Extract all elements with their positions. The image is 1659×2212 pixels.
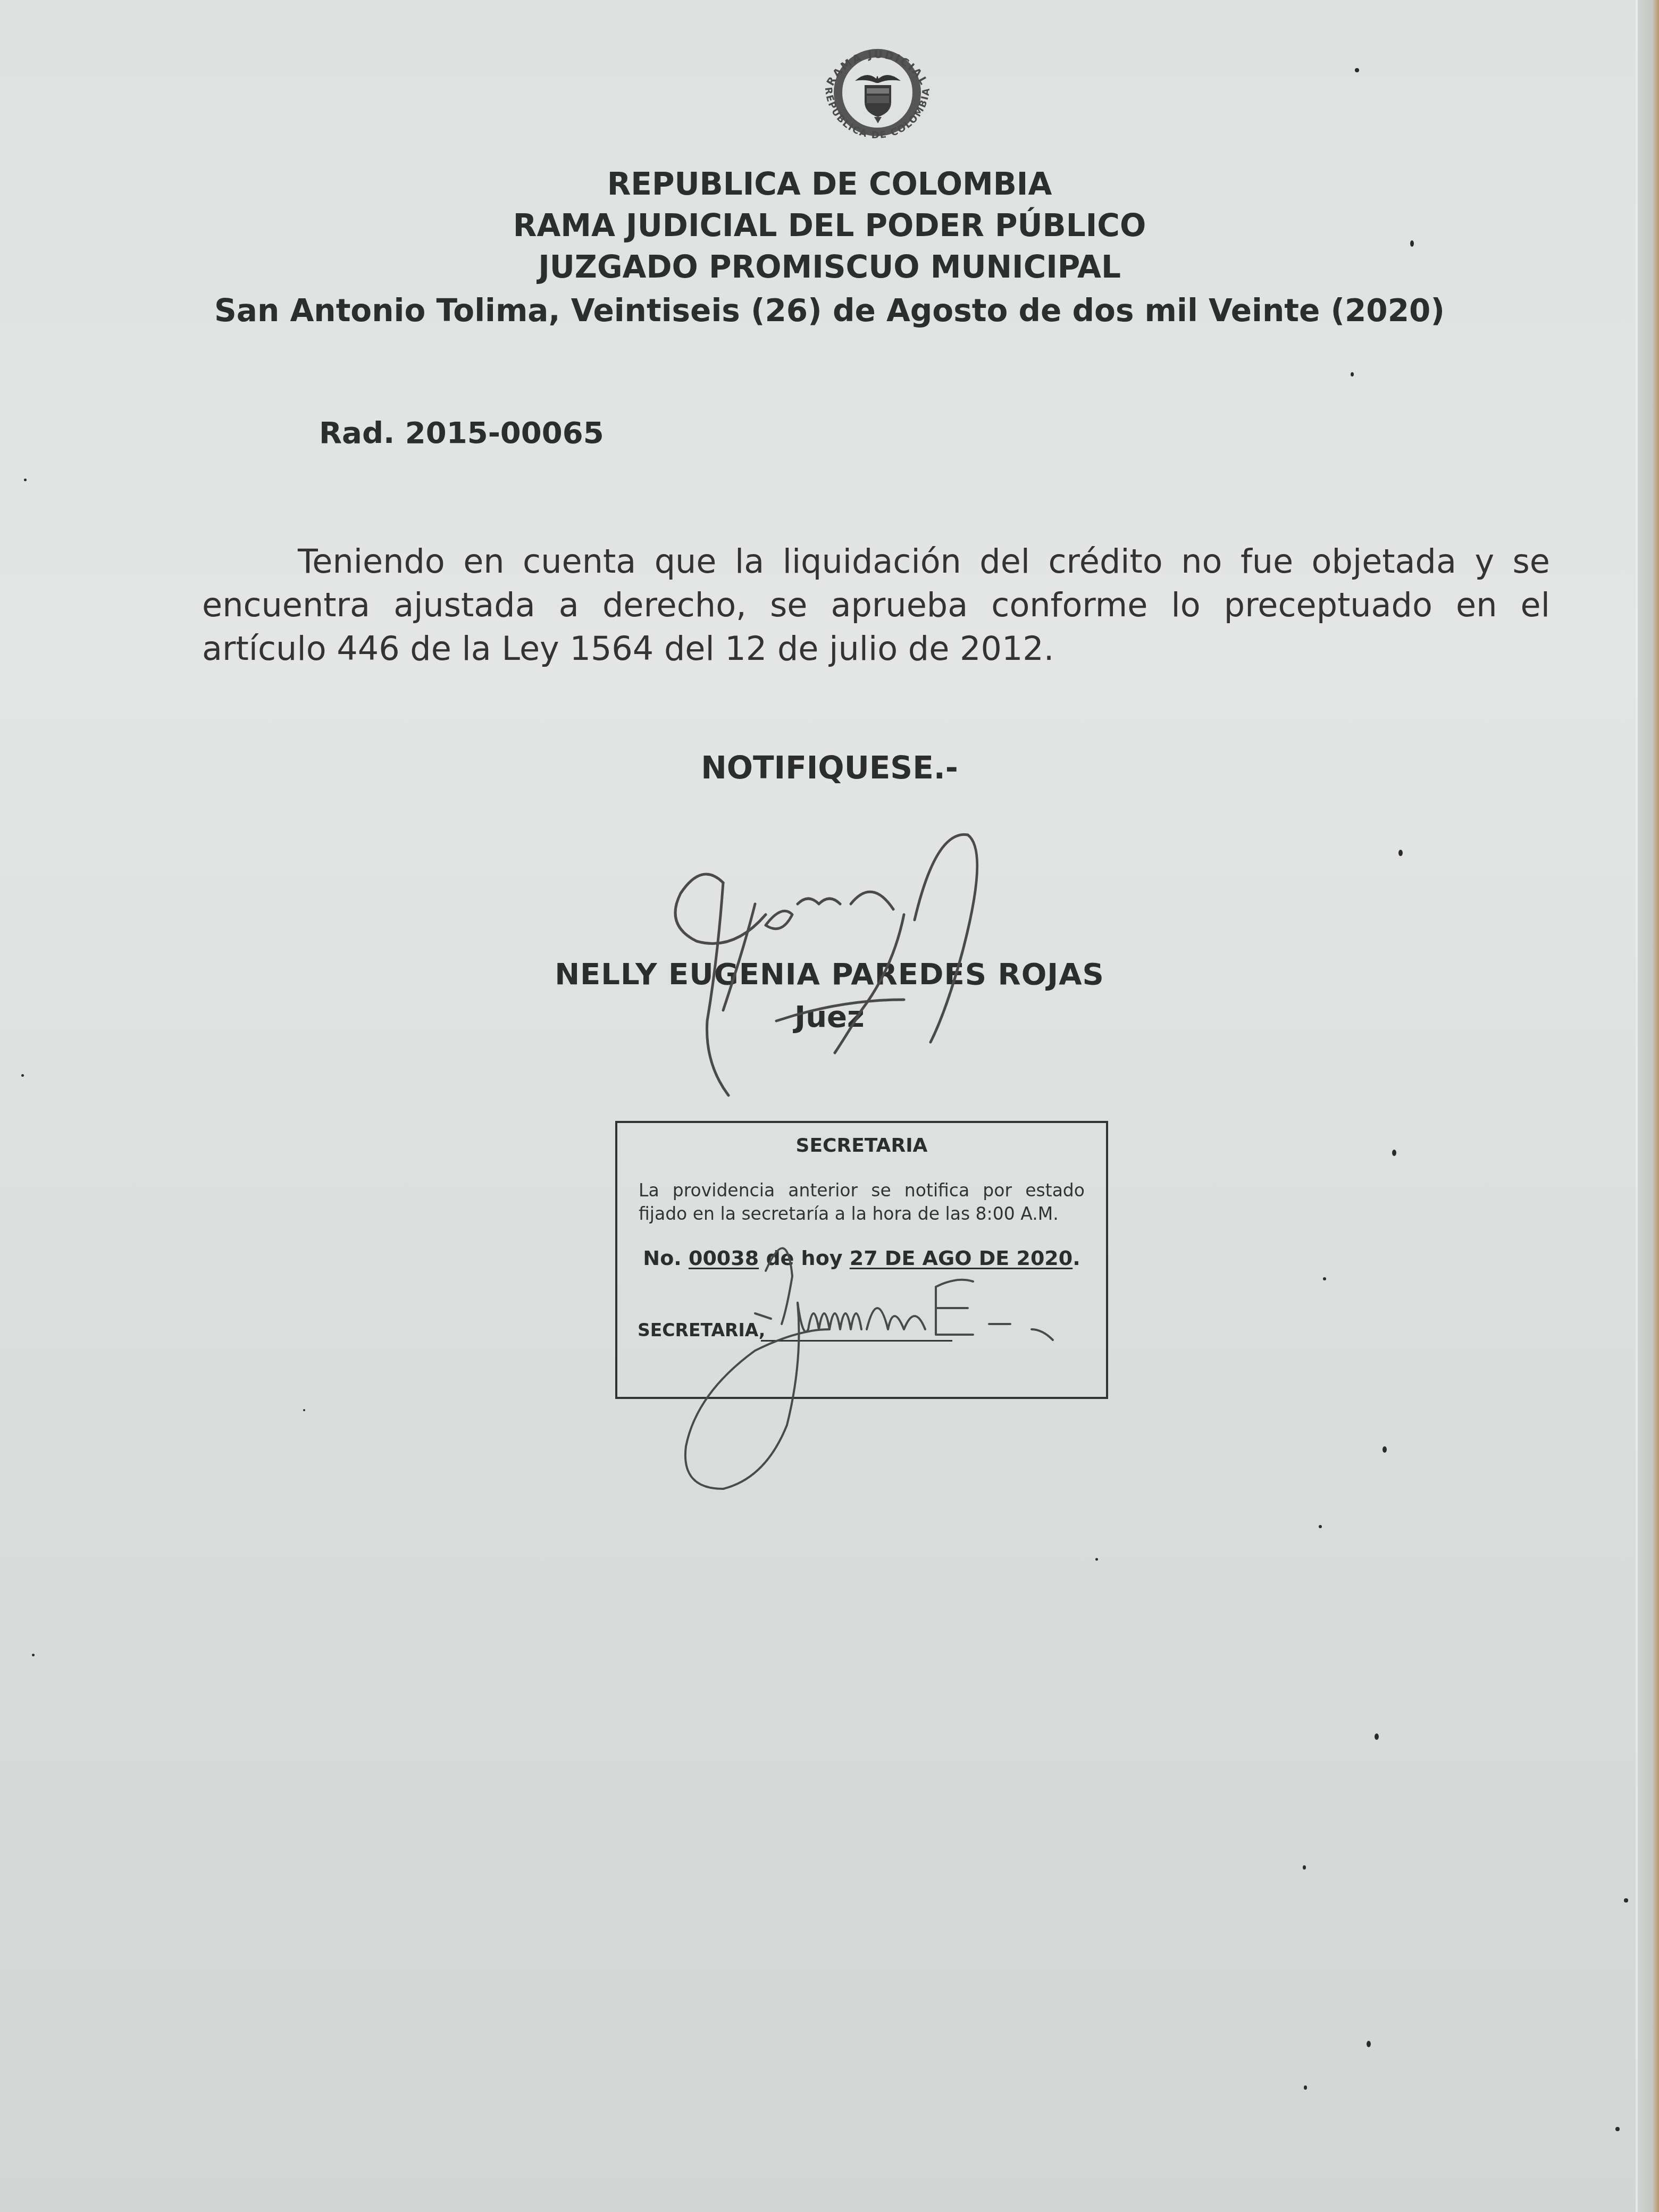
paper-speck bbox=[21, 1074, 24, 1077]
paper-speck bbox=[1304, 2085, 1307, 2090]
header-court: JUZGADO PROMISCUO MUNICIPAL bbox=[0, 249, 1659, 285]
paper-speck bbox=[1323, 1277, 1326, 1280]
paper-speck bbox=[1624, 1898, 1628, 1903]
secretaria-text: La providencia anterior se notifica por … bbox=[639, 1179, 1085, 1226]
paper-speck bbox=[1303, 1865, 1306, 1870]
paper-speck bbox=[32, 1654, 35, 1656]
estado-de-hoy-label: de hoy bbox=[766, 1246, 842, 1270]
paper-speck bbox=[1615, 2127, 1620, 2131]
paper-speck bbox=[303, 1409, 305, 1411]
paper-speck bbox=[1095, 1558, 1098, 1561]
signatory-name: NELLY EUGENIA PAREDES ROJAS bbox=[0, 957, 1659, 992]
secretaria-title: SECRETARIA bbox=[617, 1135, 1106, 1157]
header-country: REPUBLICA DE COLOMBIA bbox=[0, 166, 1659, 202]
paper-edge-shadow bbox=[1638, 0, 1659, 2212]
secretaria-signature-label: SECRETARIA, bbox=[638, 1320, 765, 1340]
estado-number: 00038 bbox=[689, 1246, 759, 1270]
paper-speck bbox=[1319, 1525, 1322, 1528]
paper-speck bbox=[1398, 850, 1403, 856]
paper-speck bbox=[1367, 2041, 1371, 2047]
estado-line: No. 00038 de hoy 27 DE AGO DE 2020. bbox=[617, 1246, 1106, 1270]
secretaria-notification-box: SECRETARIA La providencia anterior se no… bbox=[615, 1121, 1108, 1399]
estado-no-label: No. bbox=[643, 1246, 681, 1270]
paper-speck bbox=[1355, 68, 1359, 72]
header-branch: RAMA JUDICIAL DEL PODER PÚBLICO bbox=[0, 207, 1659, 244]
closing-notice: NOTIFIQUESE.- bbox=[0, 750, 1659, 786]
signatory-title: Juez bbox=[0, 1000, 1659, 1034]
estado-date: 27 DE AGO DE 2020 bbox=[850, 1246, 1073, 1270]
case-number: Rad. 2015-00065 bbox=[319, 416, 604, 450]
body-paragraph: Teniendo en cuenta que la liquidación de… bbox=[202, 540, 1550, 671]
secretaria-signature-line bbox=[761, 1340, 952, 1342]
paper-speck bbox=[24, 479, 27, 481]
paper-speck bbox=[1351, 372, 1354, 376]
paper-speck bbox=[1382, 1446, 1387, 1453]
header-place-date: San Antonio Tolima, Veintiseis (26) de A… bbox=[0, 292, 1659, 329]
estado-period: . bbox=[1073, 1246, 1080, 1270]
paper-speck bbox=[1375, 1733, 1379, 1740]
handwritten-signatures bbox=[0, 0, 1659, 2212]
paper-speck bbox=[1392, 1150, 1396, 1156]
document-page: RAMA JUDICIAL REPUBLICA DE COLOMBIA REPU… bbox=[0, 0, 1659, 2212]
colombia-coat-of-arms-seal-icon: RAMA JUDICIAL REPUBLICA DE COLOMBIA bbox=[814, 28, 941, 155]
